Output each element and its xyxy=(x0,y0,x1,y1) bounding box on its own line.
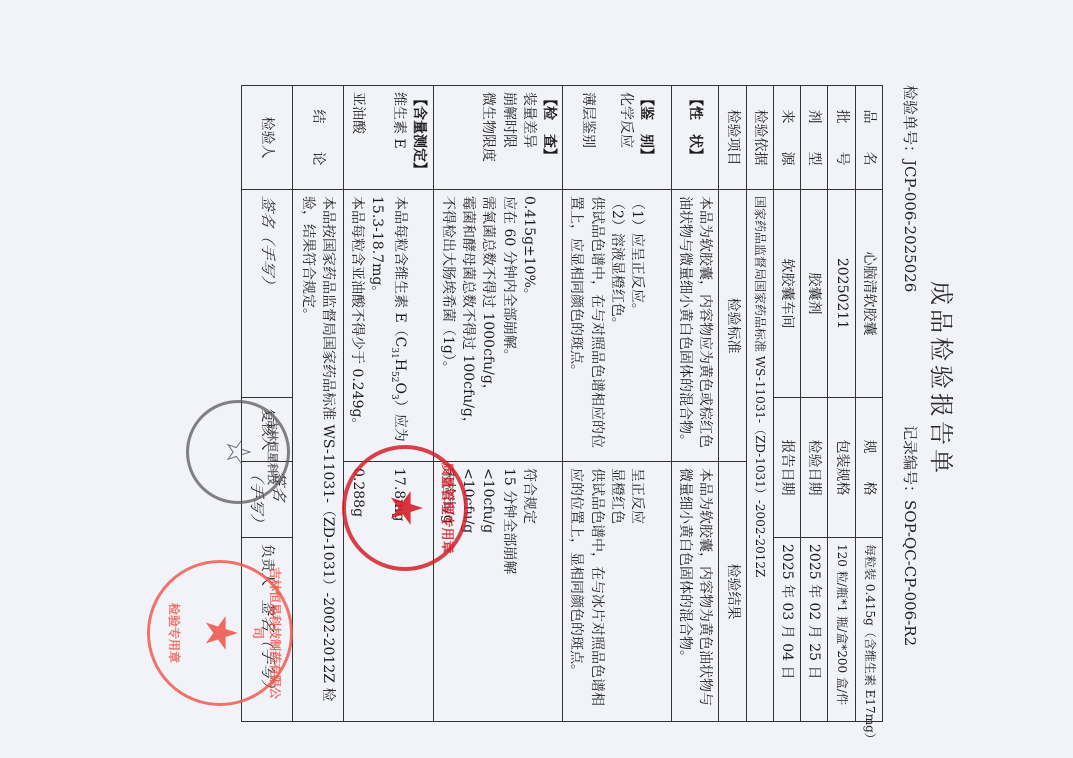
standard-identification: （1）应呈正反应。 （2）溶液显橙红色。 供试品色谱中，在与对照品色谱相应的位置… xyxy=(563,190,671,462)
record-number: 记录编号：SOP-QC-CP-006-R2 xyxy=(900,425,921,646)
document-title: 成品检验报告单 xyxy=(926,0,961,758)
label-packaging: 包装规格 xyxy=(828,398,855,538)
inspection-number-label: 检验单号： xyxy=(901,85,919,160)
result-tlc: 供试品色谱中，在与冰片对照品色谱相应的位置上，显相同颜色的斑点。 xyxy=(566,468,607,715)
label-basis: 检验依据 xyxy=(746,86,773,190)
label-tlc: 薄层鉴别 xyxy=(577,92,597,183)
label-inspection-date: 检验日期 xyxy=(801,398,828,538)
row-product-name: 品 名 心脑清软胶囊 规 格 每粒装 0.415g（含维生素 E17mg） xyxy=(855,86,882,722)
label-report-date: 报告日期 xyxy=(773,398,800,538)
result-identification: 呈正反应 显橙红色 供试品色谱中，在与冰片对照品色谱相应的位置上，显相同颜色的斑… xyxy=(563,462,671,722)
value-inspection-date: 2025 年 02 月 25 日 xyxy=(801,538,828,722)
row-conclusion: 结 论 本品按国家药品监督局国家药品标准 WS-11031-（ZD-1031）-… xyxy=(292,86,343,722)
value-reviewer: 签名（手写） xyxy=(242,462,293,538)
result-microbial-1: <10cfu/g xyxy=(478,468,498,715)
label-microbial: 微生物限度 xyxy=(478,92,498,183)
value-dosage-form: 胶囊剂 xyxy=(801,190,828,398)
value-source: 软胶囊车间 xyxy=(773,190,800,398)
result-microbial-2: <10cfu/g xyxy=(458,468,478,715)
item-assay: 【含量测定】 维生素 E 亚油酸 xyxy=(343,86,434,190)
label-linoleic-acid: 亚油酸 xyxy=(348,92,368,183)
standard-chemical-2: （2）溶液显橙红色。 xyxy=(607,196,627,455)
label-weight-variation: 装量差异 xyxy=(519,92,539,183)
inspection-number: 检验单号：JCP-006-2025026 xyxy=(900,85,921,292)
standard-microbial-3: 不得检出大肠埃希菌（1g）。 xyxy=(437,196,457,455)
row-checks: 【检 查】 装量差异 崩解时限 微生物限度 0.415g±10%。 应在 60 … xyxy=(434,86,563,722)
item-checks: 【检 查】 装量差异 崩解时限 微生物限度 xyxy=(434,86,563,190)
standard-disintegration: 应在 60 分钟内全部崩解。 xyxy=(498,196,518,455)
standard-microbial-1: 需氧菌总数不得过 1000cfu/g， xyxy=(478,196,498,455)
result-checks: 符合规定 15 分钟全部崩解 <10cfu/g <10cfu/g 未检出/g xyxy=(434,462,563,722)
value-product-name: 心脑清软胶囊 xyxy=(855,190,882,398)
responsible-signature: 签名（手写） xyxy=(256,598,278,698)
row-batch: 批 号 20250211 包装规格 120 粒/瓶*1 瓶/盒*200 盒/件 xyxy=(828,86,855,722)
standard-microbial-2: 霉菌和酵母菌总数不得过 100cfu/g， xyxy=(458,196,478,455)
row-signatures: 检验人 签名（手写） 复核人 签名（手写） 负责人 签名（手写） xyxy=(242,86,293,722)
inspector-signature: 签名（手写） xyxy=(256,194,278,294)
result-chemical-1: 呈正反应 xyxy=(627,468,647,715)
label-inspector: 检验人 xyxy=(242,86,293,190)
label-dosage-form: 剂 型 xyxy=(801,86,828,190)
standard-assay: 本品每粒含维生素 E（C31H52O3）应为 15.3-18.7mg。 本品每粒… xyxy=(343,190,434,462)
result-assay: 17.8mg 0.288g xyxy=(343,462,434,722)
result-appearance: 本品为软胶囊，内容物为黄色油状物与微量细小黄白色固体的混合物。 xyxy=(671,462,719,722)
label-responsible: 负责人 xyxy=(259,544,275,586)
row-identification: 【鉴 别】 化学反应 薄层鉴别 （1）应呈正反应。 （2）溶液显橙红色。 供试品… xyxy=(563,86,671,722)
inspection-number-value: JCP-006-2025026 xyxy=(901,160,919,292)
responsible-cell: 负责人 签名（手写） xyxy=(242,538,293,722)
value-basis: 国家药品监督局国家药品标准 WS-11031-（ZD-1031）-2002-20… xyxy=(746,190,773,722)
label-spec: 规 格 xyxy=(855,398,882,538)
star-icon: ★ xyxy=(198,613,242,652)
standard-checks: 0.415g±10%。 应在 60 分钟内全部崩解。 需氧菌总数不得过 1000… xyxy=(434,190,563,462)
report-table: 品 名 心脑清软胶囊 规 格 每粒装 0.415g（含维生素 E17mg） 批 … xyxy=(241,85,883,722)
row-appearance: 【性 状】 本品为软胶囊，内容物应为黄色或棕红色油状物与微量细小黄白色固体的混合… xyxy=(671,86,719,722)
result-chemical-2: 显橙红色 xyxy=(607,468,627,715)
result-weight: 符合规定 xyxy=(519,468,539,715)
standard-linoleic-acid: 本品每粒含亚油酸不得少于 0.249g。 xyxy=(347,196,367,455)
row-basis: 检验依据 国家药品监督局国家药品标准 WS-11031-（ZD-1031）-20… xyxy=(746,86,773,722)
section-heading-assay: 【含量测定】 xyxy=(409,92,429,183)
label-conclusion: 结 论 xyxy=(292,86,343,190)
header-standard: 检验标准 xyxy=(719,190,746,462)
section-heading-identification: 【鉴 别】 xyxy=(636,92,656,183)
label-vitamin-e: 维生素 E xyxy=(389,92,409,183)
result-disintegration: 15 分钟全部崩解 xyxy=(498,468,518,715)
value-inspector: 签名（手写） xyxy=(242,190,293,398)
record-number-value: SOP-QC-CP-006-R2 xyxy=(901,500,919,646)
row-assay: 【含量测定】 维生素 E 亚油酸 本品每粒含维生素 E（C31H52O3）应为 … xyxy=(343,86,434,722)
label-source: 来 源 xyxy=(773,86,800,190)
label-chemical-reaction: 化学反应 xyxy=(616,92,636,183)
standard-weight: 0.415g±10%。 xyxy=(519,196,539,455)
result-vitamin-e: 17.8mg xyxy=(389,468,409,715)
header-result: 检验结果 xyxy=(719,462,746,722)
label-product-name: 品 名 xyxy=(855,86,882,190)
result-linoleic-acid: 0.288g xyxy=(348,468,368,715)
item-identification: 【鉴 别】 化学反应 薄层鉴别 xyxy=(563,86,671,190)
row-column-headers: 检验项目 检验标准 检验结果 xyxy=(719,86,746,722)
label-disintegration: 崩解时限 xyxy=(498,92,518,183)
header-item: 检验项目 xyxy=(719,86,746,190)
label-batch: 批 号 xyxy=(828,86,855,190)
report-page: 成品检验报告单 检验单号：JCP-006-2025026 记录编号：SOP-QC… xyxy=(0,0,1073,758)
standard-tlc: 供试品色谱中，在与对照品色谱相应的位置上，应显相同颜色的斑点。 xyxy=(566,196,607,455)
record-number-label: 记录编号： xyxy=(901,425,919,500)
item-appearance: 【性 状】 xyxy=(671,86,719,190)
section-heading-checks: 【检 查】 xyxy=(539,92,559,183)
standard-chemical-1: （1）应呈正反应。 xyxy=(627,196,647,455)
value-batch: 20250211 xyxy=(828,190,855,398)
reviewer-signature: 签名（手写） xyxy=(245,464,289,535)
standard-appearance: 本品为软胶囊，内容物应为黄色或棕红色油状物与微量细小黄白色固体的混合物。 xyxy=(671,190,719,462)
value-packaging: 120 粒/瓶*1 瓶/盒*200 盒/件 xyxy=(828,538,855,722)
result-microbial-3: 未检出/g xyxy=(437,468,457,715)
value-report-date: 2025 年 03 月 04 日 xyxy=(773,538,800,722)
standard-vitamin-e: 本品每粒含维生素 E（C31H52O3）应为 15.3-18.7mg。 xyxy=(367,196,410,455)
row-dosage-form: 剂 型 胶囊剂 检验日期 2025 年 02 月 25 日 xyxy=(801,86,828,722)
company-stamp-bottom-text: 检验专用章 xyxy=(166,563,183,703)
label-reviewer: 复核人 xyxy=(242,398,293,462)
section-heading-appearance: 【性 状】 xyxy=(687,92,703,162)
value-spec: 每粒装 0.415g（含维生素 E17mg） xyxy=(855,538,882,722)
row-source: 来 源 软胶囊车间 报告日期 2025 年 03 月 04 日 xyxy=(773,86,800,722)
value-conclusion: 本品按国家药品监督局国家药品标准 WS-11031-（ZD-1031）-2002… xyxy=(292,190,343,722)
